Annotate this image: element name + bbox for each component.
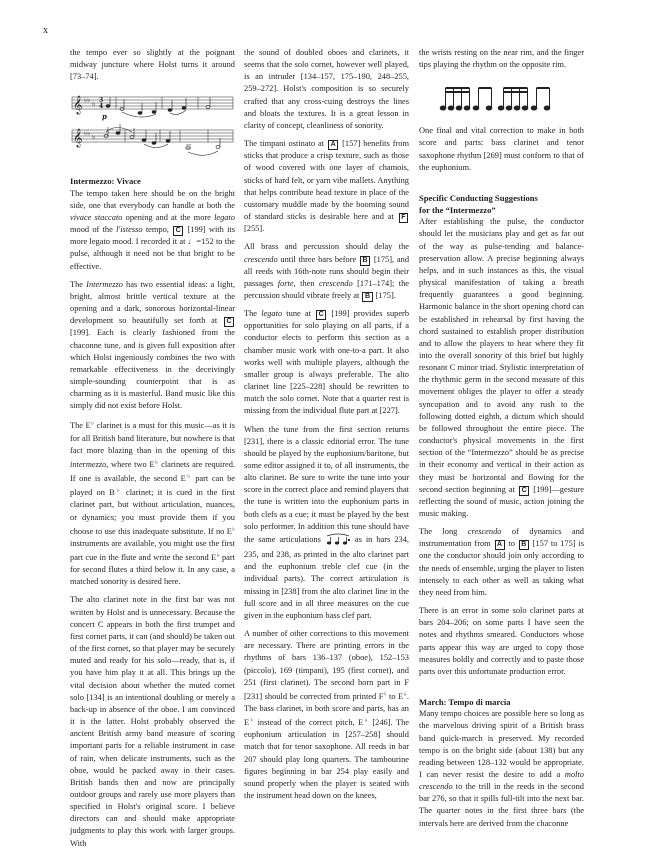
paragraph: The tempo taken here should be on the br… (70, 188, 235, 273)
svg-text:𝄞: 𝄞 (73, 95, 82, 115)
paragraph: One final and vital correction to make i… (419, 125, 584, 174)
column-middle: the sound of doubled oboes and clarinets… (244, 47, 409, 808)
paragraph: All brass and percussion should delay th… (244, 241, 409, 302)
column-left: the tempo ever so slightly at the poigna… (70, 47, 235, 856)
rehearsal-mark-b: B (519, 540, 529, 550)
section-heading-conducting: Specific Conducting Suggestionsfor the “… (419, 192, 584, 216)
paragraph-continued: the tempo ever so slightly at the poigna… (70, 47, 235, 83)
rehearsal-mark-c: C (173, 226, 183, 236)
paragraph: The long crescendo of dynamics and instr… (419, 526, 584, 599)
rehearsal-mark-c: C (519, 486, 529, 496)
paragraph: The E♭ clarinet is a must for this music… (70, 418, 235, 588)
paragraph: Many tempo choices are possible here so … (419, 708, 584, 830)
svg-text:♭: ♭ (92, 100, 95, 108)
music-example-staff: 𝄞 𝄞 ♭♭♭ ♭♭♭ 3 4 p (70, 89, 235, 161)
rehearsal-mark-c: C (224, 317, 234, 327)
paragraph: After establishing the pulse, the conduc… (419, 216, 584, 520)
paragraph: The timpani ostinato at A [157] benefits… (244, 138, 409, 235)
section-heading-intermezzo: Intermezzo: Vivace (70, 175, 235, 187)
rhythm-example (419, 77, 584, 119)
svg-text:p: p (102, 112, 107, 121)
svg-text:♭♭: ♭♭ (84, 96, 91, 104)
flat-icon: ♭ (115, 488, 122, 494)
paragraph: A number of other corrections to this mo… (244, 628, 409, 802)
music-notation-icon: 𝄞 𝄞 ♭♭♭ ♭♭♭ 3 4 p (70, 89, 235, 161)
paragraph: The alto clarinet note in the first bar … (70, 594, 235, 849)
paragraph: There is an error in some solo clarinet … (419, 605, 584, 678)
svg-text:𝄞: 𝄞 (73, 128, 82, 148)
page-number: x (43, 25, 48, 37)
rehearsal-mark-c: C (316, 310, 326, 320)
svg-text:♭♭: ♭♭ (84, 129, 91, 137)
flat-icon: ♭ (232, 527, 235, 533)
column-right: the wrists resting on the near rim, and … (419, 47, 584, 836)
paragraph: the sound of doubled oboes and clarinets… (244, 47, 409, 132)
section-heading-march: March: Tempo di marcia (419, 696, 584, 708)
rehearsal-mark-a: A (328, 140, 338, 150)
rehearsal-mark-b: B (360, 256, 370, 266)
articulation-notation-icon (325, 533, 351, 549)
rehearsal-mark-b: B (362, 292, 372, 302)
paragraph: The Intermezzo has two essential ideas: … (70, 279, 235, 413)
svg-text:4: 4 (99, 103, 103, 110)
paragraph: The legato tune at C [199] provides supe… (244, 308, 409, 417)
paragraph: When the tune from the first section ret… (244, 424, 409, 623)
rehearsal-mark-a: A (495, 540, 505, 550)
rhythm-notation-icon (437, 82, 567, 114)
paragraph: the wrists resting on the near rim, and … (419, 47, 584, 71)
svg-text:♭: ♭ (92, 133, 95, 141)
rehearsal-mark-f: F (399, 213, 408, 223)
